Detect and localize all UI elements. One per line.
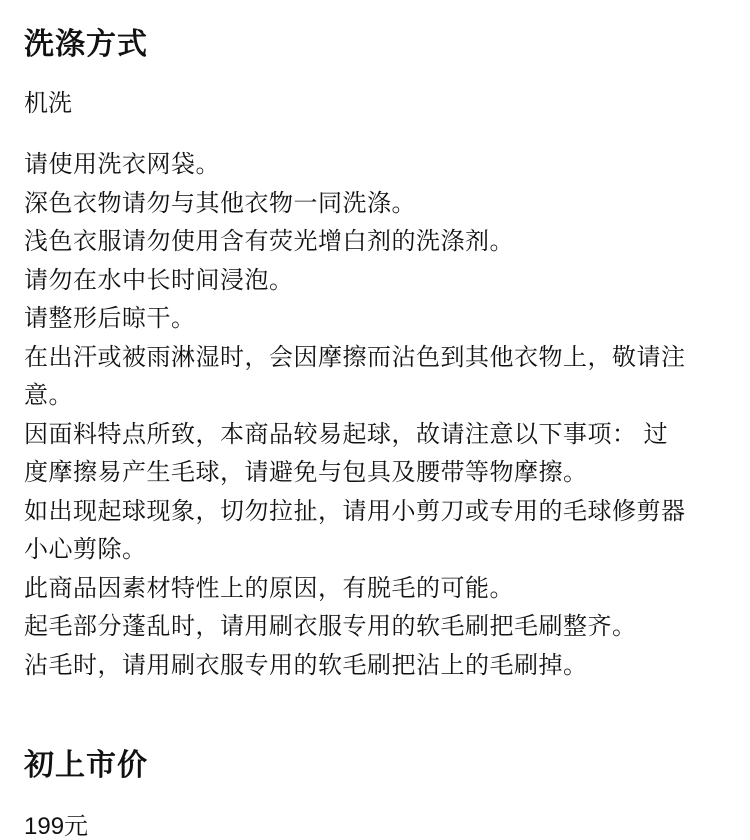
instruction-line: 在出汗或被雨淋湿时，会因摩擦而沾色到其他衣物上，敬请注 [24, 339, 726, 378]
price-value: 199元 [24, 813, 726, 840]
wash-instruction-lines: 请使用洗衣网袋。深色衣物请勿与其他衣物一同洗涤。浅色衣服请勿使用含有荧光增白剂的… [24, 146, 726, 685]
instruction-line: 因面料特点所致，本商品较易起球，故请注意以下事项： 过 [24, 416, 726, 455]
instruction-line: 度摩擦易产生毛球，请避免与包具及腰带等物摩擦。 [24, 454, 726, 493]
instruction-line: 请勿在水中长时间浸泡。 [24, 262, 726, 301]
instruction-line: 如出现起球现象，切勿拉扯，请用小剪刀或专用的毛球修剪器 [24, 493, 726, 532]
instruction-line: 请使用洗衣网袋。 [24, 146, 726, 185]
instruction-line: 此商品因素材特性上的原因，有脱毛的可能。 [24, 570, 726, 609]
instruction-line: 浅色衣服请勿使用含有荧光增白剂的洗涤剂。 [24, 223, 726, 262]
instruction-line: 起毛部分蓬乱时，请用刷衣服专用的软毛刷把毛刷整齐。 [24, 608, 726, 647]
wash-section-title: 洗涤方式 [24, 28, 726, 63]
instruction-line: 沾毛时，请用刷衣服专用的软毛刷把沾上的毛刷掉。 [24, 647, 726, 686]
instruction-line: 小心剪除。 [24, 531, 726, 570]
instruction-line: 意。 [24, 377, 726, 416]
initial-price-section: 初上市价 199元 [24, 749, 726, 840]
price-section-title: 初上市价 [24, 749, 726, 784]
wash-instructions-section: 洗涤方式 机洗 请使用洗衣网袋。深色衣物请勿与其他衣物一同洗涤。浅色衣服请勿使用… [24, 28, 726, 685]
instruction-line: 请整形后晾干。 [24, 300, 726, 339]
wash-method-text: 机洗 [24, 90, 726, 118]
instruction-line: 深色衣物请勿与其他衣物一同洗涤。 [24, 185, 726, 224]
